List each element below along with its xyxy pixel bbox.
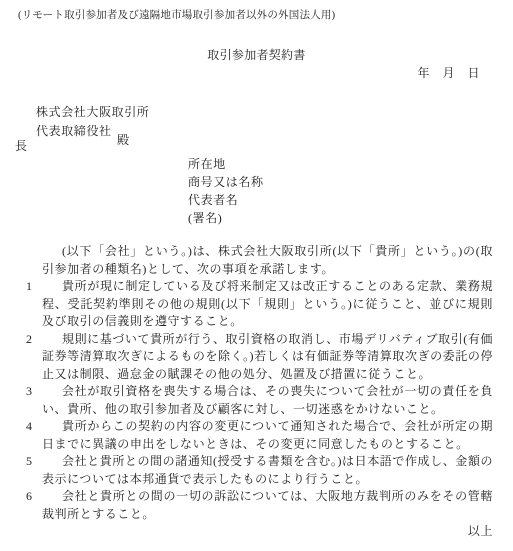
clause-5-text: 会社と貴所との間の諸通知(授受する書類を含む。)は日本語で作成し、金額の表示につ… <box>42 454 493 486</box>
clause-6-number: 6 <box>26 488 32 506</box>
clause-2-text: 規則に基づいて貴所が行う、取引資格の取消し、市場デリバティブ取引(有価証券等清算… <box>42 332 493 381</box>
document-title: 取引参加者契約書 <box>0 46 513 63</box>
clause-6-text: 会社と貴所との間の一切の訴訟については、大阪地方裁判所のみをその管轄裁判所とする… <box>42 489 493 521</box>
clause-2-number: 2 <box>26 331 32 349</box>
clause-1-text: 貴所が現に制定している及び将来制定又は改正することのある定款、業務規程、受託契約… <box>42 279 493 328</box>
addressee-company: 株式会社大阪取引所 <box>36 103 149 120</box>
addressee-officer-title: 代表取締役社長 <box>15 124 116 154</box>
clause-3: 3会社が取引資格を喪失する場合は、その喪失について会社が一切の責任を負い、貴所、… <box>42 383 493 418</box>
applicant-field-signature: (署名) <box>188 209 264 227</box>
clause-3-number: 3 <box>26 383 32 401</box>
clause-5-number: 5 <box>26 453 32 471</box>
clause-6: 6会社と貴所との間の一切の訴訟については、大阪地方裁判所のみをその管轄裁判所とす… <box>42 488 493 523</box>
clause-1-number: 1 <box>26 278 32 296</box>
applicant-field-trade-name: 商号又は名称 <box>188 173 264 191</box>
document-type-note: (リモート取引参加者及び遠隔地市場取引参加者以外の外国法人用) <box>18 8 335 23</box>
applicant-signature-block: 所在地 商号又は名称 代表者名 (署名) <box>188 155 264 227</box>
intro-paragraph: (以下「会社」という。)は、株式会社大阪取引所(以下「貴所」という。)の(取引参… <box>42 243 493 278</box>
clause-3-text: 会社が取引資格を喪失する場合は、その喪失について会社が一切の責任を負い、貴所、他… <box>42 384 493 416</box>
clause-5: 5会社と貴所との間の諸通知(授受する書類を含む。)は日本語で作成し、金額の表示に… <box>42 453 493 488</box>
clause-4: 4貴所からこの契約の内容の変更について通知された場合で、会社が所定の期日までに異… <box>42 418 493 453</box>
clause-2: 2規則に基づいて貴所が行う、取引資格の取消し、市場デリバティブ取引(有価証券等清… <box>42 331 493 384</box>
addressee-honorific: 殿 <box>117 131 129 148</box>
closing-ijou: 以上 <box>42 523 493 541</box>
applicant-field-address: 所在地 <box>188 155 264 173</box>
clause-1: 1貴所が現に制定している及び将来制定又は改正することのある定款、業務規程、受託契… <box>42 278 493 331</box>
contract-document-page: { "header": { "note": "(リモート取引参加者及び遠隔地市場… <box>0 0 513 551</box>
clause-4-number: 4 <box>26 418 32 436</box>
agreement-body: (以下「会社」という。)は、株式会社大阪取引所(以下「貴所」という。)の(取引参… <box>42 243 493 541</box>
applicant-field-representative: 代表者名 <box>188 191 264 209</box>
date-line: 年 月 日 <box>417 64 480 81</box>
clause-4-text: 貴所からこの契約の内容の変更について通知された場合で、会社が所定の期日までに異議… <box>42 419 493 451</box>
